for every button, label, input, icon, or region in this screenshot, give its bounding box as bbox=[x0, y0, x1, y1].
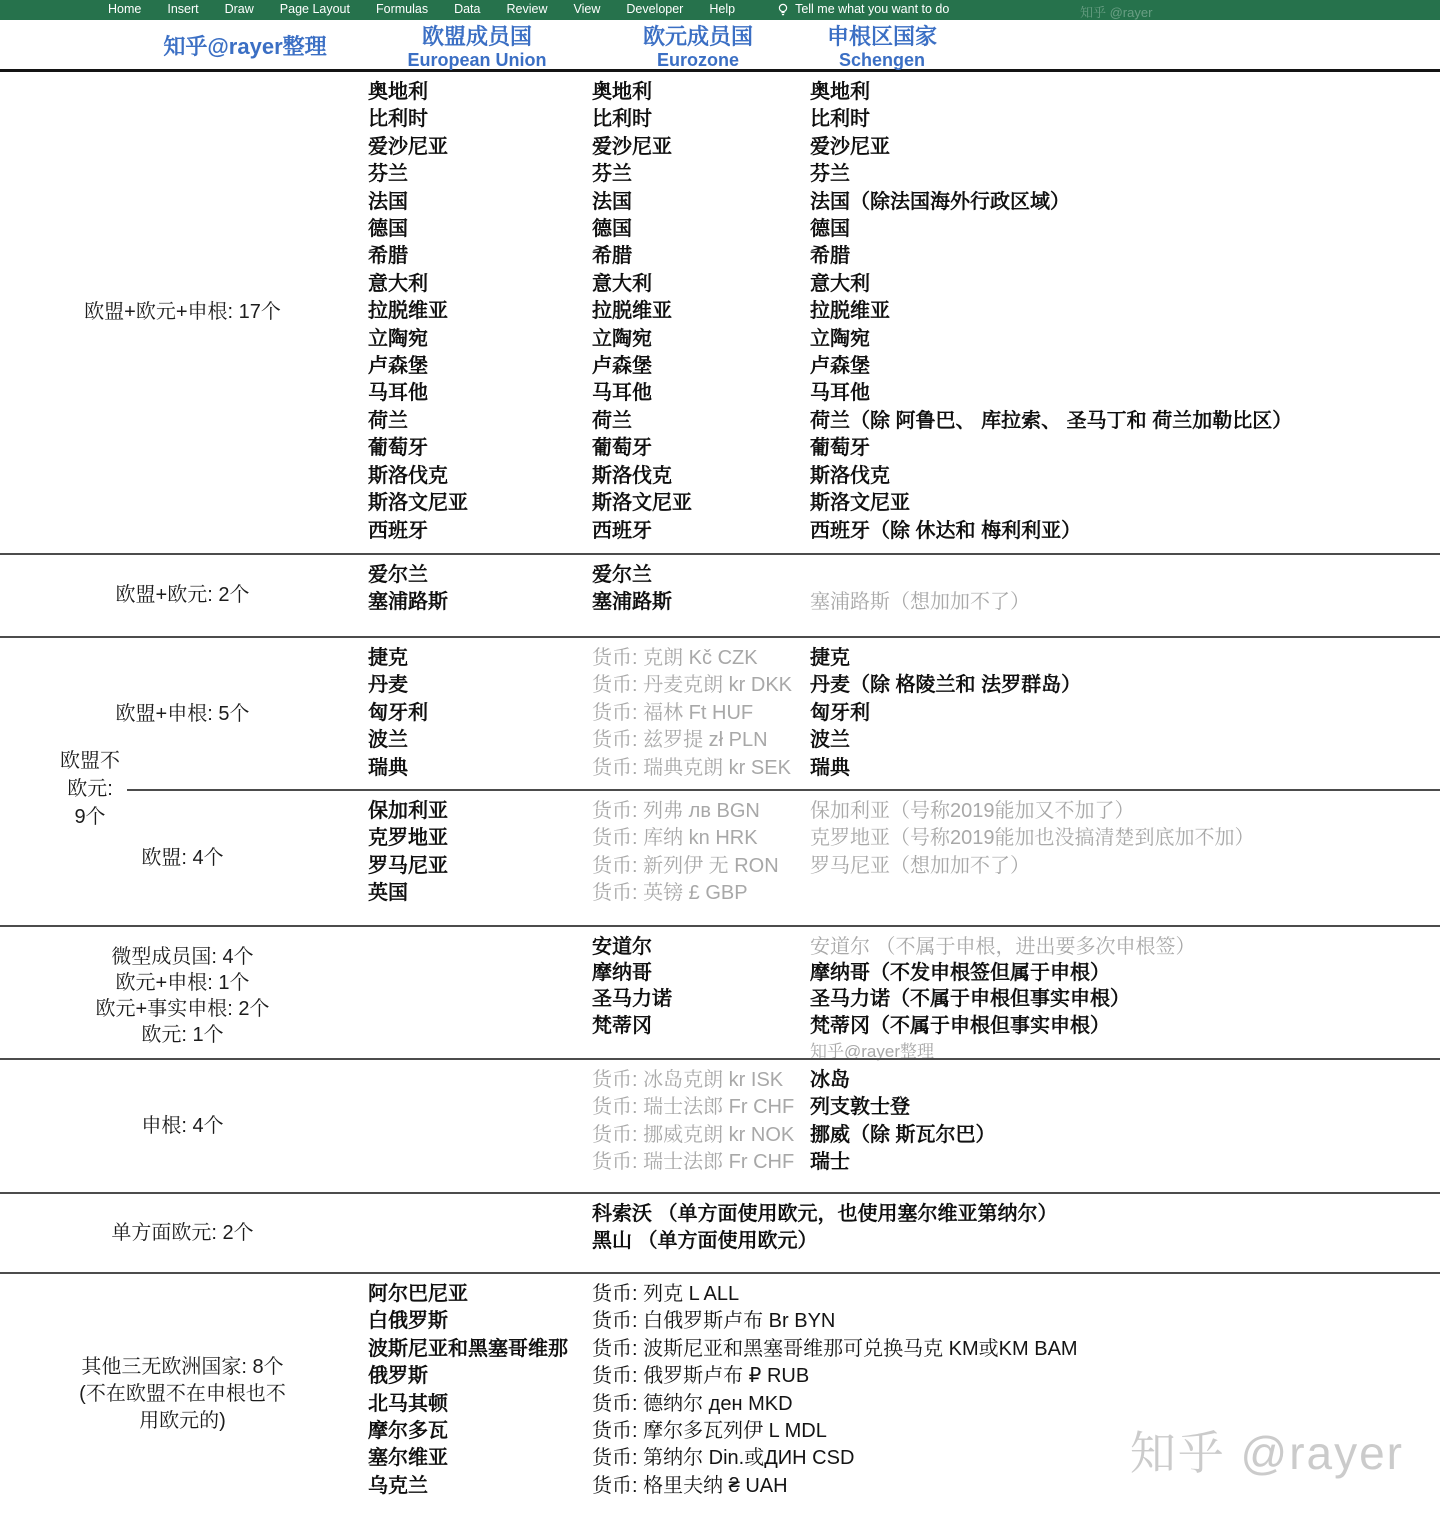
country-item[interactable]: 西班牙 bbox=[592, 518, 807, 545]
country-item[interactable]: 斯洛文尼亚 bbox=[810, 490, 1440, 517]
country-item[interactable]: 爱沙尼亚 bbox=[368, 134, 589, 161]
country-item[interactable]: 荷兰 bbox=[368, 408, 589, 435]
watermark-top: 知乎 @rayer bbox=[1080, 2, 1152, 21]
country-item[interactable]: 波斯尼亚和黑塞哥维那 bbox=[368, 1336, 589, 1363]
eu-cell bbox=[365, 1060, 589, 1192]
menu-item-page-layout[interactable]: Page Layout bbox=[280, 0, 350, 18]
country-item[interactable]: 葡萄牙 bbox=[592, 435, 807, 462]
country-item[interactable]: 葡萄牙 bbox=[810, 435, 1440, 462]
country-item[interactable] bbox=[810, 562, 1440, 589]
currency-item[interactable]: 货币: 丹麦克朗 kr DKK bbox=[592, 672, 807, 699]
country-item[interactable]: 比利时 bbox=[592, 106, 807, 133]
lightbulb-icon bbox=[777, 3, 789, 17]
country-item[interactable]: 塞浦路斯 bbox=[368, 589, 589, 616]
country-item[interactable]: 捷克 bbox=[810, 645, 1440, 672]
country-item[interactable]: 梵蒂冈（不属于申根但事实申根） bbox=[810, 1013, 1440, 1039]
currency-item[interactable]: 货币: 兹罗提 zł PLN bbox=[592, 727, 807, 754]
header-eu-column[interactable]: 欧盟成员国 European Union bbox=[365, 20, 589, 71]
country-item[interactable]: 英国 bbox=[368, 880, 589, 907]
country-item[interactable]: 意大利 bbox=[592, 271, 807, 298]
eu-cell: 阿尔巴尼亚白俄罗斯波斯尼亚和黑塞哥维那俄罗斯北马其顿摩尔多瓦塞尔维亚乌克兰 bbox=[365, 1274, 589, 1515]
country-item[interactable]: 卢森堡 bbox=[810, 353, 1440, 380]
country-item[interactable]: 马耳他 bbox=[368, 380, 589, 407]
table-row-group: 欧盟: 4个保加利亚克罗地亚罗马尼亚英国货币: 列弗 лв BGN货币: 库纳 … bbox=[0, 791, 1440, 925]
country-item[interactable]: 芬兰 bbox=[368, 161, 589, 188]
schengen-cell: 塞浦路斯（想加加不了） bbox=[807, 555, 1440, 636]
country-item[interactable]: 卢森堡 bbox=[368, 353, 589, 380]
eu-cell: 保加利亚克罗地亚罗马尼亚英国 bbox=[365, 791, 589, 925]
eu-cell: 奥地利比利时爱沙尼亚芬兰法国德国希腊意大利拉脱维亚立陶宛卢森堡马耳他荷兰葡萄牙斯… bbox=[365, 72, 589, 553]
side-label: 欧盟不欧元:9个 bbox=[40, 747, 140, 831]
header-eurozone-en: Eurozone bbox=[589, 49, 807, 71]
country-item[interactable]: 拉脱维亚 bbox=[368, 298, 589, 325]
side-label-line: 欧盟不 bbox=[40, 747, 140, 775]
country-item[interactable]: 爱沙尼亚 bbox=[592, 134, 807, 161]
menu-item-view[interactable]: View bbox=[573, 0, 600, 18]
country-item[interactable]: 立陶宛 bbox=[592, 326, 807, 353]
currency-item[interactable]: 货币: 白俄罗斯卢布 Br BYN bbox=[592, 1308, 1440, 1335]
watermark-bottom: 知乎 @rayer bbox=[1130, 1417, 1404, 1483]
group-label[interactable]: 其他三无欧洲国家: 8个(不在欧盟不在申根也不用欧元的) bbox=[0, 1274, 365, 1515]
table-header: 知乎@rayer整理 欧盟成员国 European Union 欧元成员国 Eu… bbox=[0, 20, 1440, 72]
group-label[interactable]: 单方面欧元: 2个 bbox=[0, 1194, 365, 1272]
credit-label: 知乎@rayer整理 bbox=[0, 30, 365, 61]
country-item[interactable]: 芬兰 bbox=[810, 161, 1440, 188]
currency-item[interactable]: 货币: 英镑 £ GBP bbox=[592, 880, 807, 907]
country-item[interactable]: 德国 bbox=[592, 216, 807, 243]
country-item[interactable]: 北马其顿 bbox=[368, 1391, 589, 1418]
country-item[interactable]: 安道尔 bbox=[592, 934, 807, 960]
country-item[interactable]: 圣马力诺（不属于申根但事实申根） bbox=[810, 986, 1440, 1012]
table-row-group: 微型成员国: 4个欧元+申根: 1个欧元+事实申根: 2个欧元: 1个安道尔摩纳… bbox=[0, 925, 1440, 1058]
country-item[interactable]: 斯洛文尼亚 bbox=[368, 490, 589, 517]
partial-divider bbox=[127, 789, 1440, 791]
menu-item-developer[interactable]: Developer bbox=[626, 0, 683, 18]
ribbon: HomeInsertDrawPage LayoutFormulasDataRev… bbox=[0, 0, 1440, 20]
country-item[interactable]: 波兰 bbox=[810, 727, 1440, 754]
country-item[interactable]: 克罗地亚（号称2019能加也没搞清楚到底加不加） bbox=[810, 825, 1440, 852]
group-label-line: 单方面欧元: 2个 bbox=[111, 1220, 253, 1247]
country-item[interactable]: 安道尔 （不属于申根，进出要多次申根签） bbox=[810, 934, 1440, 960]
group-label-line: 欧盟+欧元: 2个 bbox=[116, 582, 250, 609]
euro-cell: 科索沃 （单方面使用欧元，也使用塞尔维亚第纳尔）黑山 （单方面使用欧元） bbox=[589, 1194, 1440, 1272]
country-item[interactable]: 奥地利 bbox=[592, 79, 807, 106]
group-label-line: 欧盟+欧元+申根: 17个 bbox=[84, 299, 281, 326]
country-item[interactable]: 德国 bbox=[368, 216, 589, 243]
table-row-group: 单方面欧元: 2个科索沃 （单方面使用欧元，也使用塞尔维亚第纳尔）黑山 （单方面… bbox=[0, 1192, 1440, 1272]
header-eurozone-zh: 欧元成员国 bbox=[589, 24, 807, 49]
menu-item-help[interactable]: Help bbox=[709, 0, 735, 18]
spreadsheet-page: HomeInsertDrawPage LayoutFormulasDataRev… bbox=[0, 0, 1440, 1515]
country-item[interactable]: 奥地利 bbox=[368, 79, 589, 106]
country-item[interactable]: 马耳他 bbox=[810, 380, 1440, 407]
menu-item-formulas[interactable]: Formulas bbox=[376, 0, 428, 18]
country-item[interactable]: 奥地利 bbox=[810, 79, 1440, 106]
schengen-cell: 安道尔 （不属于申根，进出要多次申根签）摩纳哥（不发申根签但属于申根）圣马力诺（… bbox=[807, 927, 1440, 1065]
group-label-line: 欧元+事实申根: 2个 bbox=[96, 996, 270, 1022]
country-item[interactable]: 爱尔兰 bbox=[368, 562, 589, 589]
country-item[interactable]: 拉脱维亚 bbox=[810, 298, 1440, 325]
country-item[interactable]: 西班牙 bbox=[368, 518, 589, 545]
euro-cell: 货币: 克朗 Kč CZK货币: 丹麦克朗 kr DKK货币: 福林 Ft HU… bbox=[589, 638, 807, 791]
group-label-line: 欧元: 1个 bbox=[141, 1022, 223, 1048]
country-item[interactable]: 保加利亚 bbox=[368, 798, 589, 825]
country-item[interactable]: 塞浦路斯 bbox=[592, 589, 807, 616]
country-item[interactable]: 摩尔多瓦 bbox=[368, 1418, 589, 1445]
country-item[interactable]: 立陶宛 bbox=[368, 326, 589, 353]
schengen-cell: 奥地利比利时爱沙尼亚芬兰法国（除法国海外行政区域）德国希腊意大利拉脱维亚立陶宛卢… bbox=[807, 72, 1440, 553]
currency-item[interactable]: 货币: 库纳 kn HRK bbox=[592, 825, 807, 852]
country-item[interactable]: 罗马尼亚 bbox=[368, 853, 589, 880]
group-label[interactable]: 微型成员国: 4个欧元+申根: 1个欧元+事实申根: 2个欧元: 1个 bbox=[0, 927, 365, 1065]
country-item[interactable]: 黑山 （单方面使用欧元） bbox=[592, 1228, 1440, 1255]
country-item[interactable]: 圣马力诺 bbox=[592, 986, 807, 1012]
header-eu-zh: 欧盟成员国 bbox=[365, 24, 589, 49]
schengen-cell: 冰岛列支敦士登挪威（除 斯瓦尔巴）瑞士 bbox=[807, 1060, 1440, 1192]
euro-cell: 安道尔摩纳哥圣马力诺梵蒂冈 bbox=[589, 927, 807, 1065]
country-item[interactable]: 白俄罗斯 bbox=[368, 1308, 589, 1335]
currency-item[interactable]: 货币: 德纳尔 ден MKD bbox=[592, 1391, 1440, 1418]
country-item[interactable]: 塞浦路斯（想加加不了） bbox=[810, 589, 1440, 616]
country-item[interactable]: 俄罗斯 bbox=[368, 1363, 589, 1390]
table-row-group: 申根: 4个货币: 冰岛克朗 kr ISK货币: 瑞士法郎 Fr CHF货币: … bbox=[0, 1058, 1440, 1192]
country-item[interactable]: 斯洛文尼亚 bbox=[592, 490, 807, 517]
menu-item-insert[interactable]: Insert bbox=[167, 0, 198, 18]
schengen-cell: 保加利亚（号称2019能加又不加了）克罗地亚（号称2019能加也没搞清楚到底加不… bbox=[807, 791, 1440, 925]
menu-item-draw[interactable]: Draw bbox=[225, 0, 254, 18]
country-item[interactable]: 斯洛伐克 bbox=[592, 463, 807, 490]
country-item[interactable]: 保加利亚（号称2019能加又不加了） bbox=[810, 798, 1440, 825]
header-schengen-zh: 申根区国家 bbox=[807, 24, 957, 49]
country-item[interactable]: 瑞士 bbox=[810, 1149, 1440, 1176]
country-item[interactable]: 爱沙尼亚 bbox=[810, 134, 1440, 161]
country-item[interactable]: 列支敦士登 bbox=[810, 1094, 1440, 1121]
schengen-cell: 捷克丹麦（除 格陵兰和 法罗群岛）匈牙利波兰瑞典 bbox=[807, 638, 1440, 791]
country-item[interactable]: 冰岛 bbox=[810, 1067, 1440, 1094]
country-item[interactable]: 法国 bbox=[592, 189, 807, 216]
group-label-line: (不在欧盟不在申根也不 bbox=[79, 1381, 286, 1408]
country-item[interactable]: 斯洛伐克 bbox=[810, 463, 1440, 490]
country-item[interactable]: 意大利 bbox=[368, 271, 589, 298]
header-eu-en: European Union bbox=[365, 49, 589, 71]
country-item[interactable]: 丹麦（除 格陵兰和 法罗群岛） bbox=[810, 672, 1440, 699]
country-item[interactable]: 塞尔维亚 bbox=[368, 1445, 589, 1472]
assistant-prompt[interactable]: Tell me what you want to do bbox=[777, 0, 949, 18]
country-item[interactable]: 西班牙（除 休达和 梅利利亚） bbox=[810, 518, 1440, 545]
country-item[interactable]: 希腊 bbox=[592, 243, 807, 270]
country-item[interactable]: 希腊 bbox=[368, 243, 589, 270]
menu-item-review[interactable]: Review bbox=[506, 0, 547, 18]
country-item[interactable]: 比利时 bbox=[368, 106, 589, 133]
currency-item[interactable]: 货币: 列弗 лв BGN bbox=[592, 798, 807, 825]
country-item[interactable]: 法国（除法国海外行政区域） bbox=[810, 189, 1440, 216]
country-item[interactable]: 匈牙利 bbox=[810, 700, 1440, 727]
currency-item[interactable]: 货币: 新列伊 无 RON bbox=[592, 853, 807, 880]
eu-cell: 捷克丹麦匈牙利波兰瑞典 bbox=[365, 638, 589, 791]
table-row-group: 欧盟+申根: 5个捷克丹麦匈牙利波兰瑞典货币: 克朗 Kč CZK货币: 丹麦克… bbox=[0, 636, 1440, 791]
group-label-line: 申根: 4个 bbox=[141, 1113, 223, 1140]
currency-item[interactable]: 货币: 俄罗斯卢布 ₽ RUB bbox=[592, 1363, 1440, 1390]
assistant-prompt-label: Tell me what you want to do bbox=[795, 0, 949, 18]
euro-cell: 货币: 列弗 лв BGN货币: 库纳 kn HRK货币: 新列伊 无 RON货… bbox=[589, 791, 807, 925]
group-label[interactable]: 欧盟+欧元+申根: 17个 bbox=[0, 72, 365, 553]
currency-item[interactable]: 货币: 瑞典克朗 kr SEK bbox=[592, 755, 807, 782]
currency-item[interactable]: 货币: 列克 L ALL bbox=[592, 1281, 1440, 1308]
country-item[interactable]: 瑞典 bbox=[368, 755, 589, 782]
country-item[interactable]: 梵蒂冈 bbox=[592, 1013, 807, 1039]
euro-cell: 爱尔兰塞浦路斯 bbox=[589, 555, 807, 636]
header-schengen-column[interactable]: 申根区国家 Schengen bbox=[807, 20, 957, 71]
currency-item[interactable]: 货币: 波斯尼亚和黑塞哥维那可兑换马克 KM或KM BAM bbox=[592, 1336, 1440, 1363]
group-label-line: 微型成员国: 4个 bbox=[111, 944, 253, 970]
menu-item-home[interactable]: Home bbox=[108, 0, 141, 18]
country-item[interactable]: 爱尔兰 bbox=[592, 562, 807, 589]
country-item[interactable]: 捷克 bbox=[368, 645, 589, 672]
country-item[interactable]: 希腊 bbox=[810, 243, 1440, 270]
country-item[interactable]: 挪威（除 斯瓦尔巴） bbox=[810, 1122, 1440, 1149]
group-label-line: 欧盟+申根: 5个 bbox=[116, 701, 250, 728]
currency-item[interactable]: 货币: 冰岛克朗 kr ISK bbox=[592, 1067, 807, 1094]
country-item[interactable]: 比利时 bbox=[810, 106, 1440, 133]
country-item[interactable]: 意大利 bbox=[810, 271, 1440, 298]
table-body: 欧盟+欧元+申根: 17个奥地利比利时爱沙尼亚芬兰法国德国希腊意大利拉脱维亚立陶… bbox=[0, 72, 1440, 1515]
side-label-line: 9个 bbox=[40, 803, 140, 831]
country-item[interactable]: 摩纳哥（不发申根签但属于申根） bbox=[810, 960, 1440, 986]
group-label-line: 欧元+申根: 1个 bbox=[116, 970, 250, 996]
country-item[interactable]: 芬兰 bbox=[592, 161, 807, 188]
country-item[interactable]: 匈牙利 bbox=[368, 700, 589, 727]
table-row-group: 欧盟+欧元+申根: 17个奥地利比利时爱沙尼亚芬兰法国德国希腊意大利拉脱维亚立陶… bbox=[0, 72, 1440, 553]
country-item[interactable]: 阿尔巴尼亚 bbox=[368, 1281, 589, 1308]
country-item[interactable]: 荷兰（除 阿鲁巴、 库拉索、 圣马丁和 荷兰加勒比区） bbox=[810, 408, 1440, 435]
country-item[interactable]: 马耳他 bbox=[592, 380, 807, 407]
eu-cell bbox=[365, 1194, 589, 1272]
euro-cell: 货币: 冰岛克朗 kr ISK货币: 瑞士法郎 Fr CHF货币: 挪威克朗 k… bbox=[589, 1060, 807, 1192]
header-eurozone-column[interactable]: 欧元成员国 Eurozone bbox=[589, 20, 807, 71]
group-label[interactable]: 欧盟+欧元: 2个 bbox=[0, 555, 365, 636]
euro-cell: 奥地利比利时爱沙尼亚芬兰法国德国希腊意大利拉脱维亚立陶宛卢森堡马耳他荷兰葡萄牙斯… bbox=[589, 72, 807, 553]
group-label-line: 其他三无欧洲国家: 8个 bbox=[81, 1354, 283, 1381]
side-label-line: 欧元: bbox=[40, 775, 140, 803]
country-item[interactable]: 乌克兰 bbox=[368, 1473, 589, 1500]
country-item[interactable]: 德国 bbox=[810, 216, 1440, 243]
header-schengen-en: Schengen bbox=[807, 49, 957, 71]
country-item[interactable]: 斯洛伐克 bbox=[368, 463, 589, 490]
eu-cell: 爱尔兰塞浦路斯 bbox=[365, 555, 589, 636]
country-item[interactable]: 科索沃 （单方面使用欧元，也使用塞尔维亚第纳尔） bbox=[592, 1201, 1440, 1228]
eu-cell bbox=[365, 927, 589, 1065]
country-item[interactable]: 波兰 bbox=[368, 727, 589, 754]
country-item[interactable]: 罗马尼亚（想加加不了） bbox=[810, 853, 1440, 880]
country-item[interactable]: 瑞典 bbox=[810, 755, 1440, 782]
country-item[interactable]: 葡萄牙 bbox=[368, 435, 589, 462]
country-item[interactable]: 卢森堡 bbox=[592, 353, 807, 380]
group-label-line: 用欧元的) bbox=[139, 1408, 226, 1435]
currency-item[interactable]: 货币: 克朗 Kč CZK bbox=[592, 645, 807, 672]
table-row-group: 欧盟+欧元: 2个爱尔兰塞浦路斯爱尔兰塞浦路斯 塞浦路斯（想加加不了） bbox=[0, 553, 1440, 636]
group-label[interactable]: 申根: 4个 bbox=[0, 1060, 365, 1192]
country-item[interactable]: 拉脱维亚 bbox=[592, 298, 807, 325]
menu-bar: HomeInsertDrawPage LayoutFormulasDataRev… bbox=[108, 0, 735, 18]
country-item[interactable]: 法国 bbox=[368, 189, 589, 216]
country-item[interactable]: 荷兰 bbox=[592, 408, 807, 435]
country-item[interactable]: 丹麦 bbox=[368, 672, 589, 699]
currency-item[interactable]: 货币: 瑞士法郎 Fr CHF bbox=[592, 1149, 807, 1176]
country-item[interactable]: 摩纳哥 bbox=[592, 960, 807, 986]
currency-item[interactable]: 货币: 瑞士法郎 Fr CHF bbox=[592, 1094, 807, 1121]
country-item[interactable]: 立陶宛 bbox=[810, 326, 1440, 353]
currency-item[interactable]: 货币: 福林 Ft HUF bbox=[592, 700, 807, 727]
country-item[interactable]: 克罗地亚 bbox=[368, 825, 589, 852]
group-label-line: 欧盟: 4个 bbox=[141, 845, 223, 872]
currency-item[interactable]: 货币: 挪威克朗 kr NOK bbox=[592, 1122, 807, 1149]
menu-item-data[interactable]: Data bbox=[454, 0, 480, 18]
